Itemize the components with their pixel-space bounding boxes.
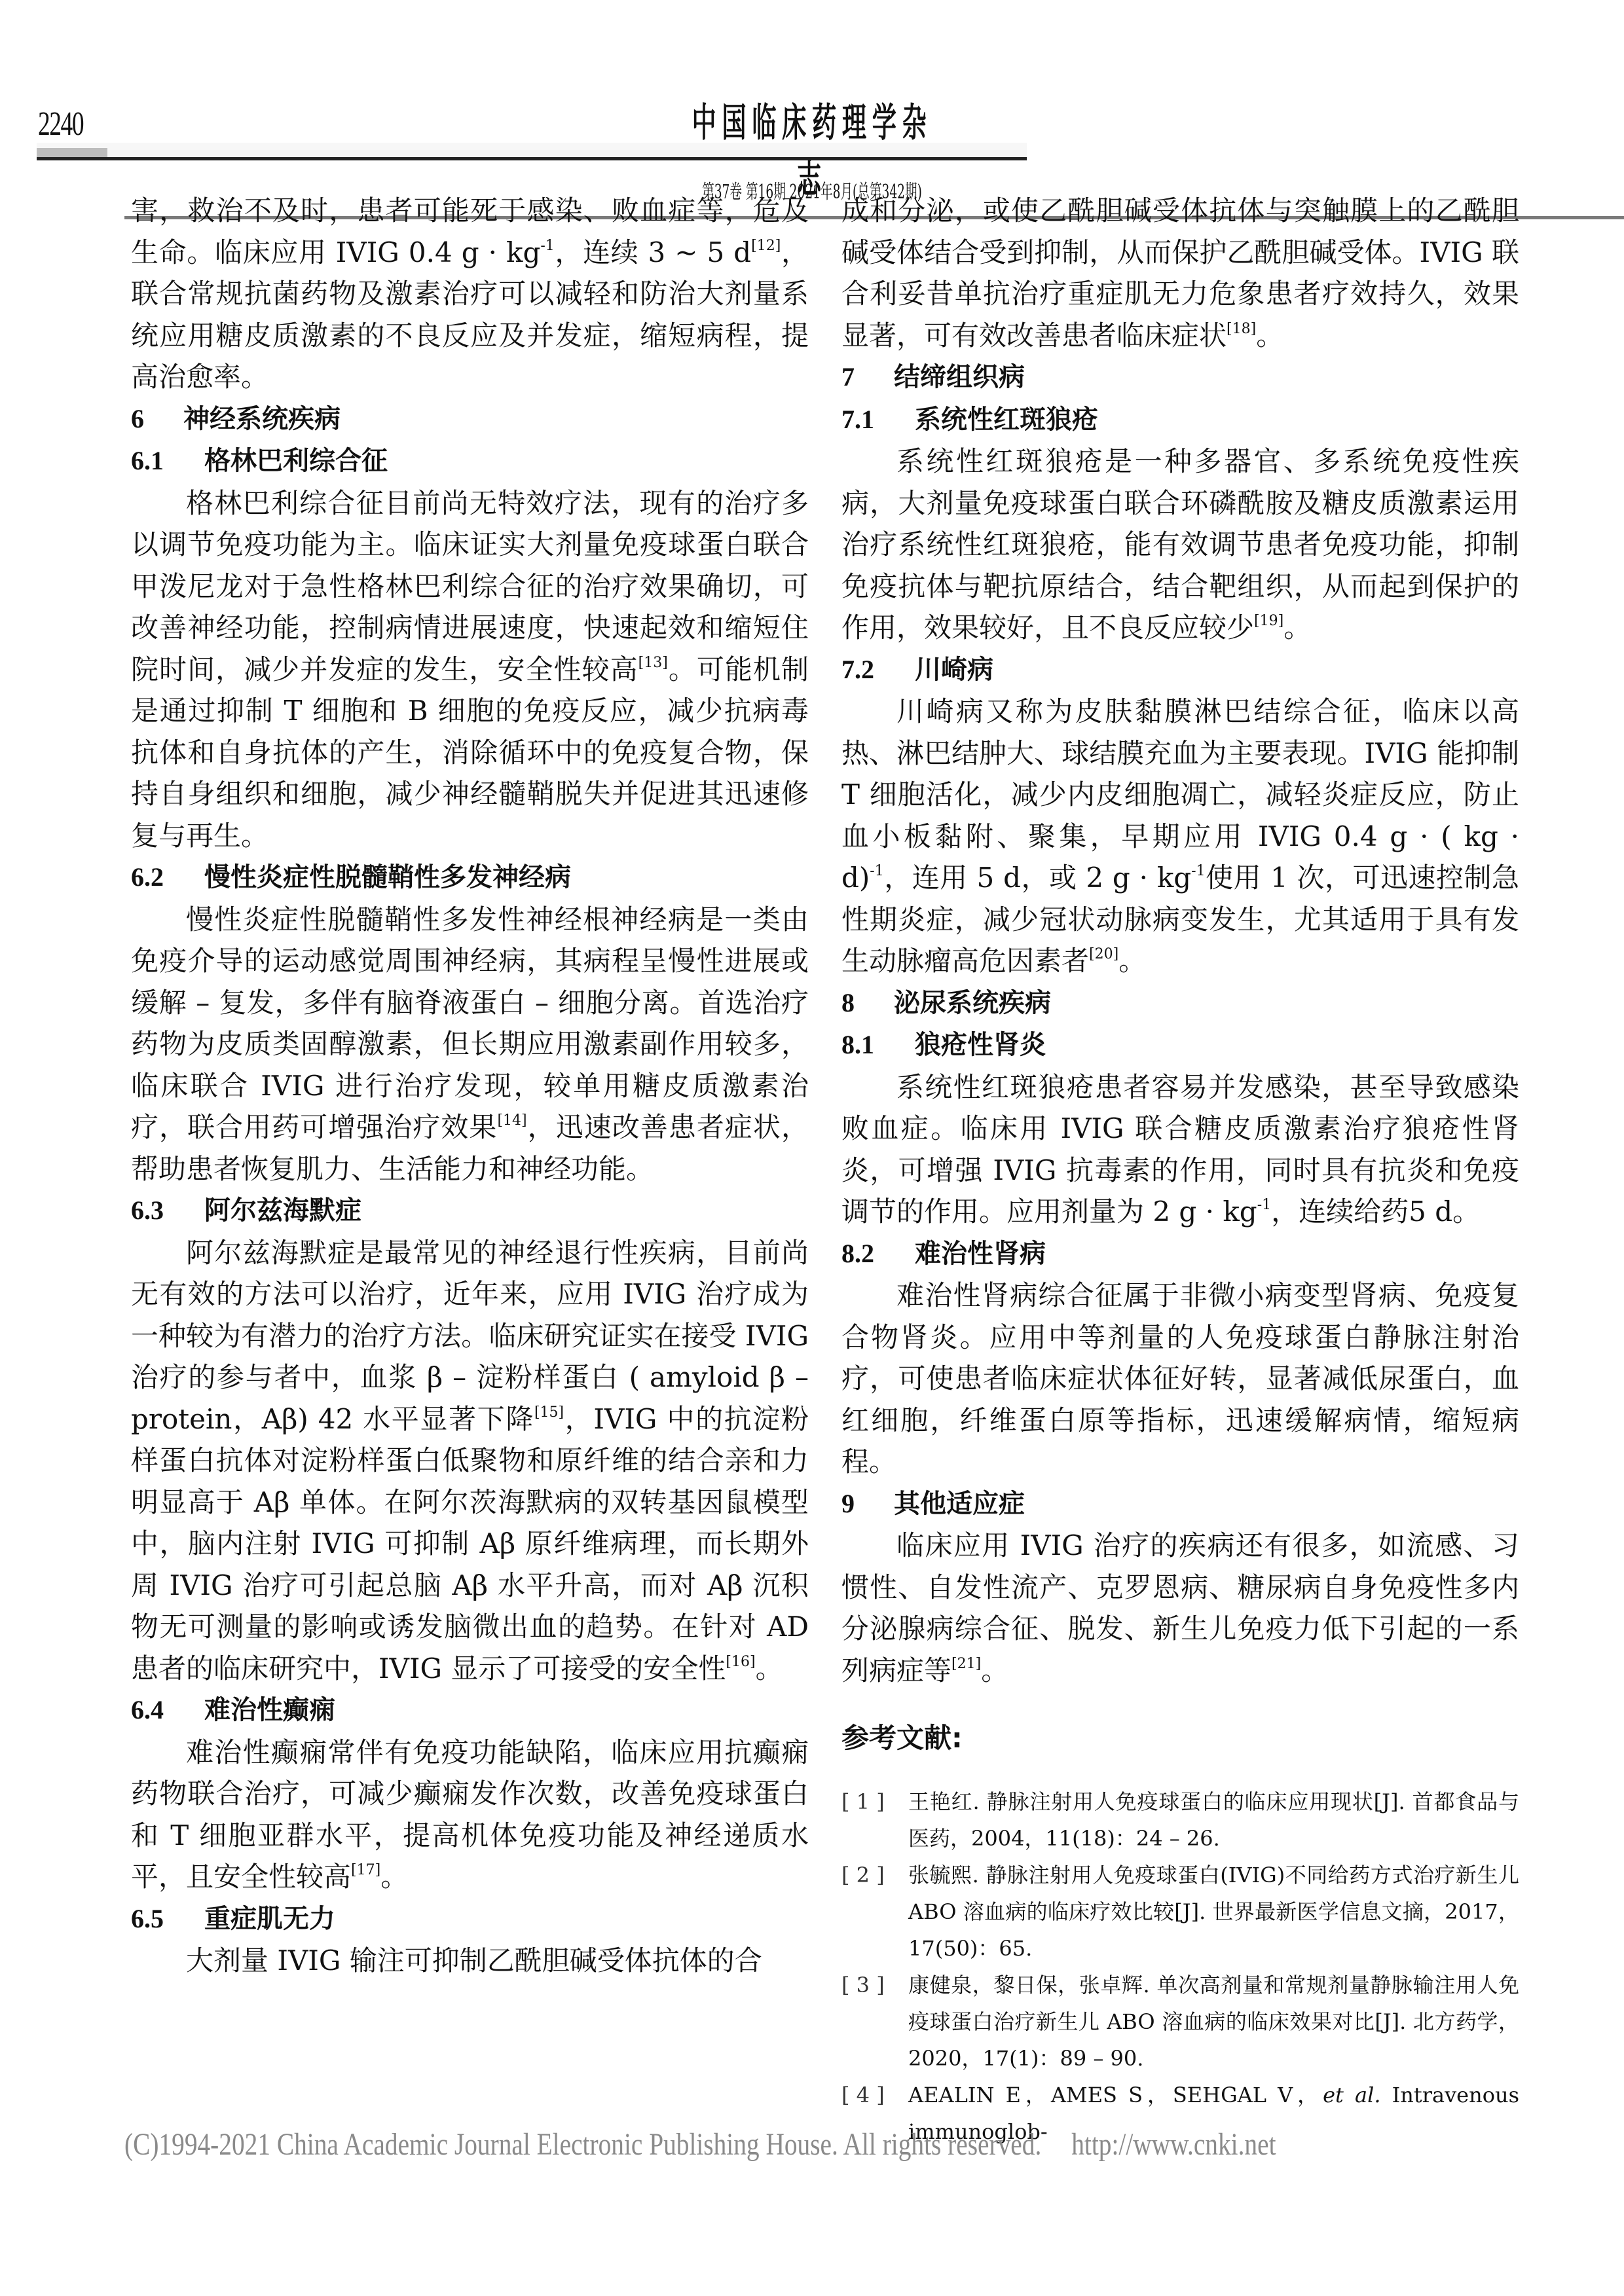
section-heading-9: 9其他适应症 [841,1483,1519,1525]
citation: [16] [726,1654,755,1670]
section-heading-8: 8泌尿系统疾病 [841,982,1519,1025]
citation: [12] [751,238,781,254]
citation: [14] [497,1112,526,1129]
references-title: 参考文献: [841,1717,1519,1758]
citation: [15] [534,1404,564,1421]
paragraph-intro-cont: 害，救治不及时，患者可能死于感染、败血症等，危及生命。临床应用 IVIG 0.4… [131,190,809,398]
subsection-heading-6-5: 6.5重症肌无力 [131,1898,809,1941]
header-bar-accent [37,148,107,157]
subsection-heading-6-3: 6.3阿尔兹海默症 [131,1190,809,1232]
citation: [19] [1254,613,1283,629]
paragraph-8-2: 难治性肾病综合征属于非微小病变型肾病、免疫复合物肾炎。应用中等剂量的人免疫球蛋白… [841,1275,1519,1483]
paragraph-8-1: 系统性红斑狼疮患者容易并发感染，甚至导致感染败血症。临床用 IVIG 联合糖皮质… [841,1066,1519,1233]
paragraph-6-5: 大剂量 IVIG 输注可抑制乙酰胆碱受体抗体的合 [131,1940,809,1982]
reference-text: 康健泉，黎日保，张卓辉. 单次高剂量和常规剂量静脉输注用人免疫球蛋白治疗新生儿 … [908,1967,1519,2077]
reference-text: 王艳红. 静脉注射用人免疫球蛋白的临床应用现状[J]. 首都食品与医药，2004… [908,1783,1519,1857]
reference-item: [ 1 ] 王艳红. 静脉注射用人免疫球蛋白的临床应用现状[J]. 首都食品与医… [841,1783,1519,1857]
left-column: 害，救治不及时，患者可能死于感染、败血症等，危及生命。临床应用 IVIG 0.4… [131,190,809,1982]
paragraph-7-1: 系统性红斑狼疮是一种多器官、多系统免疫性疾病，大剂量免疫球蛋白联合环磷酰胺及糖皮… [841,441,1519,649]
reference-index: [ 2 ] [841,1857,908,1967]
reference-text: 张毓熙. 静脉注射用人免疫球蛋白(IVIG)不同给药方式治疗新生儿 ABO 溶血… [908,1857,1519,1967]
paragraph-6-1: 格林巴利综合征目前尚无特效疗法，现有的治疗多以调节免疫功能为主。临床证实大剂量免… [131,483,809,857]
reference-index: [ 1 ] [841,1783,908,1857]
paragraph-9: 临床应用 IVIG 治疗的疾病还有很多，如流感、习惯性、自发性流产、克罗恩病、糖… [841,1525,1519,1691]
header-rule [37,157,1027,160]
reference-index: [ 3 ] [841,1967,908,2077]
subsection-heading-8-2: 8.2难治性肾病 [841,1233,1519,1275]
header-bar-light [37,143,1027,156]
subsection-heading-7-1: 7.1系统性红斑狼疮 [841,399,1519,441]
section-heading-7: 7结缔组织病 [841,356,1519,399]
citation: [18] [1227,321,1256,337]
subsection-heading-6-4: 6.4难治性癫痫 [131,1689,809,1732]
section-heading-6: 6神经系统疾病 [131,398,809,441]
subsection-heading-7-2: 7.2川崎病 [841,649,1519,691]
subsection-heading-6-1: 6.1格林巴利综合征 [131,440,809,483]
paragraph-7-2: 川崎病又称为皮肤黏膜淋巴结综合征，临床以高热、淋巴结肿大、球结膜充血为主要表现。… [841,691,1519,982]
footer-url[interactable]: http://www.cnki.net [1071,2127,1276,2162]
copyright-text: (C)1994-2021 China Academic Journal Elec… [124,2127,1041,2162]
citation: [17] [351,1862,380,1878]
reference-item: [ 2 ] 张毓熙. 静脉注射用人免疫球蛋白(IVIG)不同给药方式治疗新生儿 … [841,1857,1519,1967]
subsection-heading-6-2: 6.2慢性炎症性脱髓鞘性多发神经病 [131,856,809,899]
subsection-heading-8-1: 8.1狼疮性肾炎 [841,1024,1519,1066]
paragraph-6-3: 阿尔兹海默症是最常见的神经退行性疾病，目前尚无有效的方法可以治疗，近年来，应用 … [131,1232,809,1690]
paragraph-6-4: 难治性癫痫常伴有免疫功能缺陷，临床应用抗癫痫药物联合治疗，可减少癫痫发作次数，改… [131,1732,809,1898]
paragraph-6-2: 慢性炎症性脱髓鞘性多发性神经根神经病是一类由免疫介导的运动感觉周围神经病，其病程… [131,899,809,1190]
citation: [20] [1089,946,1118,962]
right-column: 成和分泌，或使乙酰胆碱受体抗体与突触膜上的乙酰胆碱受体结合受到抑制，从而保护乙酰… [841,190,1519,2150]
copyright-footer: (C)1994-2021 China Academic Journal Elec… [124,2126,1306,2162]
paragraph-6-5-cont: 成和分泌，或使乙酰胆碱受体抗体与突触膜上的乙酰胆碱受体结合受到抑制，从而保护乙酰… [841,190,1519,356]
citation: [21] [951,1656,981,1672]
reference-item: [ 3 ] 康健泉，黎日保，张卓辉. 单次高剂量和常规剂量静脉输注用人免疫球蛋白… [841,1967,1519,2077]
citation: [13] [638,655,668,671]
page-number: 2240 [38,105,83,143]
